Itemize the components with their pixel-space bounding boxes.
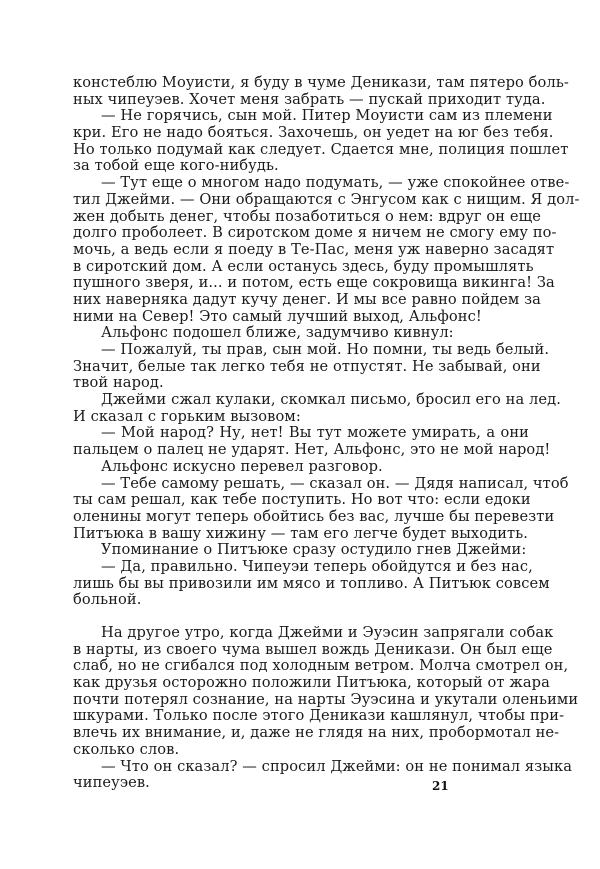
text-line: — Не горячись, сын мой. Питер Моуисти са… [73, 108, 529, 125]
text-line: кри. Его не надо бояться. Захочешь, он у… [73, 125, 529, 142]
text-line: в сиротский дом. А если останусь здесь, … [73, 259, 529, 276]
paragraph: — Да, правильно. Чипеуэи теперь обойдутс… [73, 559, 529, 609]
book-page: констеблю Моуисти, я буду в чуме Дениказ… [0, 0, 600, 869]
text-line: Джейми сжал кулаки, скомкал письмо, брос… [73, 392, 529, 409]
text-line: тил Джейми. — Они обращаются с Энгусом к… [73, 192, 529, 209]
text-line: — Пожалуй, ты прав, сын мой. Но помни, т… [73, 342, 529, 359]
text-line: ты сам решал, как тебе поступить. Но вот… [73, 492, 529, 509]
page-number: 21 [432, 779, 449, 793]
text-line: ними на Север! Это самый лучший выход, А… [73, 309, 529, 326]
text-line: них наверняка дадут кучу денег. И мы все… [73, 292, 529, 309]
text-line: — Тут еще о многом надо подумать, — уже … [73, 175, 529, 192]
paragraph: Альфонс искусно перевел разговор. [73, 459, 529, 476]
text-line: констеблю Моуисти, я буду в чуме Дениказ… [73, 75, 529, 92]
text-line: твой народ. [73, 375, 529, 392]
text-line: — Тебе самому решать, — сказал он. — Дяд… [73, 476, 529, 493]
text-line: как друзья осторожно положили Питъюка, к… [73, 675, 529, 692]
paragraph: — Не горячись, сын мой. Питер Моуисти са… [73, 108, 529, 175]
text-line: лишь бы вы привозили им мясо и топливо. … [73, 576, 529, 593]
text-line: слаб, но не сгибался под холодным ветром… [73, 658, 529, 675]
paragraph: констеблю Моуисти, я буду в чуме Дениказ… [73, 75, 529, 108]
paragraph: — Пожалуй, ты прав, сын мой. Но помни, т… [73, 342, 529, 392]
text-line: Питъюка в вашу хижину — там его легче бу… [73, 526, 529, 543]
text-line: Упоминание о Питъюке сразу остудило гнев… [73, 542, 529, 559]
page-body-text: констеблю Моуисти, я буду в чуме Дениказ… [73, 75, 529, 792]
text-line: Альфонс искусно перевел разговор. [73, 459, 529, 476]
text-line: Значит, белые так легко тебя не отпустят… [73, 359, 529, 376]
text-line: ных чипеуэев. Хочет меня забрать — пуска… [73, 92, 529, 109]
paragraph: Джейми сжал кулаки, скомкал письмо, брос… [73, 392, 529, 425]
text-line: почти потерял сознание, на нарты Эуэсина… [73, 692, 529, 709]
text-line: Но только подумай как следует. Сдается м… [73, 142, 529, 159]
paragraph: Упоминание о Питъюке сразу остудило гнев… [73, 542, 529, 559]
text-line: шкурами. Только после этого Деникази каш… [73, 708, 529, 725]
text-line: Альфонс подошел ближе, задумчиво кивнул: [73, 325, 529, 342]
text-line: оленины могут теперь обойтись без вас, л… [73, 509, 529, 526]
paragraph: На другое утро, когда Джейми и Эуэсин за… [73, 625, 529, 759]
section-break [73, 609, 529, 625]
text-line: мочь, а ведь если я поеду в Те-Пас, меня… [73, 242, 529, 259]
paragraph: — Мой народ? Ну, нет! Вы тут можете умир… [73, 425, 529, 458]
text-line: чипеуэев. [73, 775, 529, 792]
text-line: — Мой народ? Ну, нет! Вы тут можете умир… [73, 425, 529, 442]
paragraph: — Тебе самому решать, — сказал он. — Дяд… [73, 476, 529, 543]
text-line: — Да, правильно. Чипеуэи теперь обойдутс… [73, 559, 529, 576]
text-line: сколько слов. [73, 742, 529, 759]
text-line: больной. [73, 592, 529, 609]
text-line: долго проболеет. В сиротском доме я ниче… [73, 225, 529, 242]
text-line: в нарты, из своего чума вышел вождь Дени… [73, 642, 529, 659]
paragraph: — Тут еще о многом надо подумать, — уже … [73, 175, 529, 325]
text-line: за тобой еще кого-нибудь. [73, 158, 529, 175]
paragraph: — Что он сказал? — спросил Джейми: он не… [73, 759, 529, 792]
text-line: пальцем о палец не ударят. Нет, Альфонс,… [73, 442, 529, 459]
paragraph: Альфонс подошел ближе, задумчиво кивнул: [73, 325, 529, 342]
text-line: — Что он сказал? — спросил Джейми: он не… [73, 759, 529, 776]
text-line: жен добыть денег, чтобы позаботиться о н… [73, 209, 529, 226]
text-line: И сказал с горьким вызовом: [73, 409, 529, 426]
text-line: На другое утро, когда Джейми и Эуэсин за… [73, 625, 529, 642]
text-line: пушного зверя, и... и потом, есть еще со… [73, 275, 529, 292]
text-line: влечь их внимание, и, даже не глядя на н… [73, 725, 529, 742]
